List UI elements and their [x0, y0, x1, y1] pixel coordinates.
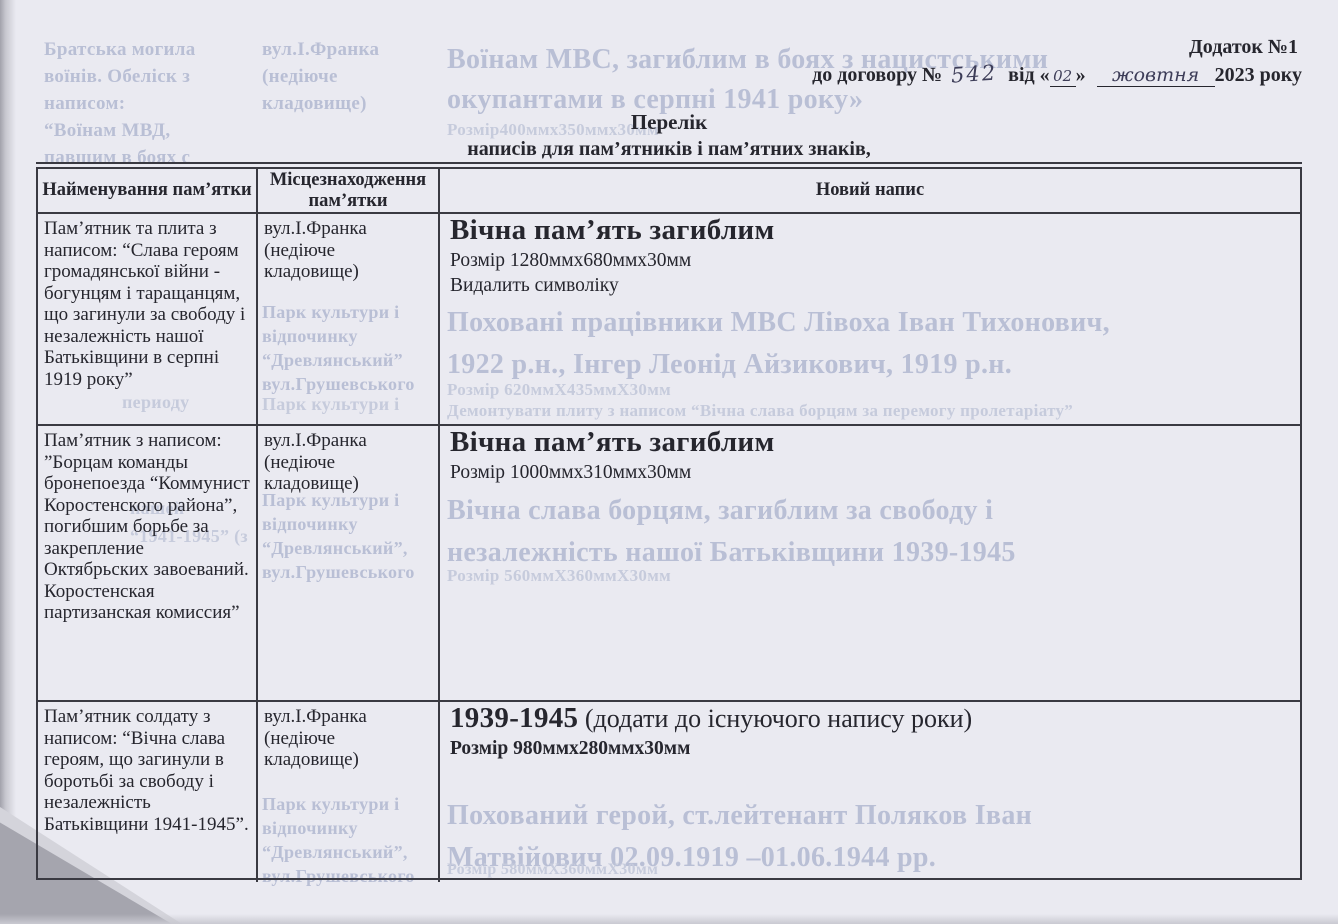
row3-inscription-text: 1939-1945	[450, 702, 578, 734]
agreement-infix: від «	[1008, 64, 1049, 86]
annex-label: Додаток №1	[1189, 36, 1298, 59]
row2-inscription-text: Вічна пам’ять загиблим	[450, 426, 775, 458]
bleedthrough-location: вул.І.Франка (недіюче кладовище)	[262, 36, 379, 117]
document-subtitle: написів для пам’ятників і пам’ятних знак…	[0, 138, 1338, 161]
scan-bottom-edge-shadow	[0, 914, 1338, 924]
handwritten-day: 02	[1053, 67, 1072, 85]
row1-inscription-text: Вічна пам’ять загиблим	[450, 214, 775, 246]
agreement-prefix: до договору №	[812, 64, 942, 86]
row2-inscription-details: Розмір 1000ммх310ммх30мм	[450, 460, 1290, 485]
row2-location: вул.І.Франка (недіюче кладовище)	[258, 426, 440, 702]
row2-monument-name: Пам’ятник з написом: ”Борцам команды бро…	[38, 426, 258, 702]
row1-new-inscription: Вічна пам’ять загиблим Розмір 1280ммх680…	[440, 214, 1300, 426]
col-header-new-inscription: Новий напис	[440, 169, 1300, 214]
handwritten-contract-number: 542	[950, 60, 998, 87]
col-header-monument-name: Найменування пам’ятки	[38, 169, 258, 214]
row1-location: вул.І.Франка (недіюче кладовище)	[258, 214, 440, 426]
scanned-document-page: Братська могила воїнів. Обеліск з написо…	[0, 0, 1338, 924]
row3-monument-name: Пам’ятник солдату з написом: “Вічна слав…	[38, 702, 258, 882]
agreement-line: до договору № 542 від «02» жовтня2023 ро…	[812, 62, 1302, 87]
document-title: Перелік	[0, 110, 1338, 135]
row3-inscription-details: Розмір 980ммх280ммх30мм	[450, 736, 1290, 761]
handwritten-month: жовтня	[1112, 64, 1199, 86]
row1-monument-name: Пам’ятник та плита з написом: “Слава гер…	[38, 214, 258, 426]
row1-inscription-details: Розмір 1280ммх680ммх30мм Видалить символ…	[450, 248, 1290, 298]
row2-new-inscription: Вічна пам’ять загиблим Розмір 1000ммх310…	[440, 426, 1300, 702]
inscriptions-table: Найменування пам’ятки Місцезнаходження п…	[36, 167, 1302, 880]
agreement-infix2: »	[1076, 64, 1086, 86]
col-header-location: Місцезнаходження пам’ятки	[258, 169, 440, 214]
row3-location: вул.І.Франка (недіюче кладовище)	[258, 702, 440, 882]
row3-new-inscription: 1939-1945 (додати до існуючого напису ро…	[440, 702, 1300, 882]
agreement-suffix: 2023 року	[1215, 64, 1302, 86]
row3-inscription-note: (додати до існуючого напису роки)	[578, 704, 972, 733]
